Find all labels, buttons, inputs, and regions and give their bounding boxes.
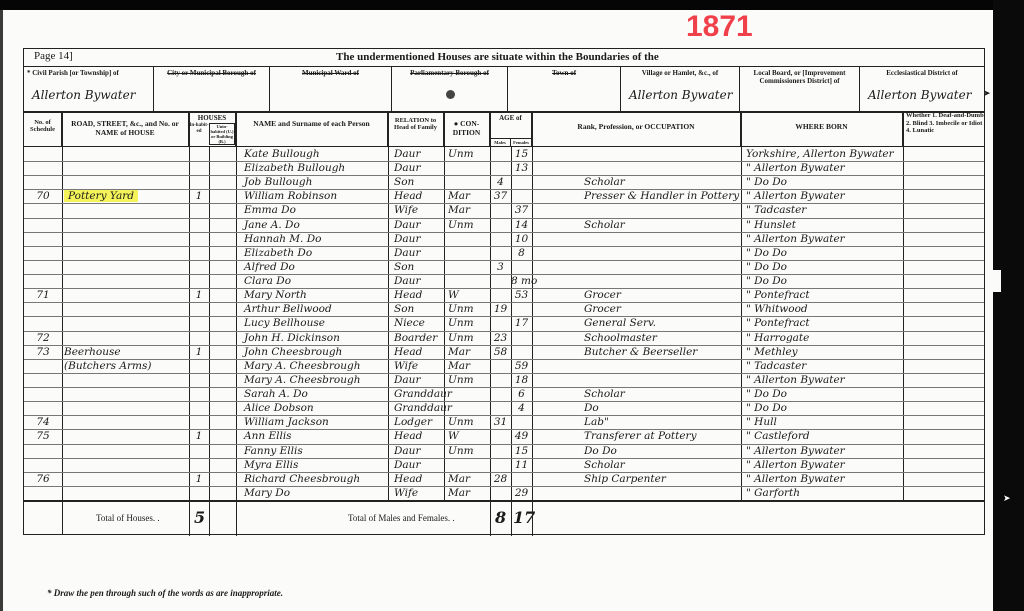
schedule-cell: 73: [24, 345, 62, 359]
census-form: Page 14] The undermentioned Houses are s…: [23, 48, 985, 535]
census-rows: Kate Bullough Daur Unm 15 Yorkshire, All…: [24, 147, 984, 500]
male-age-cell: [490, 288, 511, 302]
inhabited-cell: [189, 486, 209, 500]
col-header-uninhabited: Unin-habited (U.) or Building (B.): [209, 123, 235, 145]
civil-parish-value: Allerton Bywater: [32, 88, 135, 102]
condition-cell: Unm: [448, 415, 474, 429]
occupation-cell: Scholar: [584, 387, 625, 401]
male-age-cell: 37: [490, 189, 511, 203]
relation-cell: Lodger: [394, 415, 432, 429]
name-cell: Alice Dobson: [244, 401, 314, 415]
inhabited-cell: [189, 260, 209, 274]
name-cell: Job Bullough: [244, 175, 312, 189]
road-cell: [64, 274, 187, 288]
municipal-ward-cell: Municipal Ward of: [270, 66, 392, 111]
female-age-cell: 14: [511, 218, 532, 232]
where-born-cell: " Pontefract: [746, 288, 810, 302]
occupation-cell: Grocer: [584, 288, 621, 302]
where-born-cell: " Do Do: [746, 387, 787, 401]
road-cell: Pottery Yard: [64, 189, 187, 203]
road-cell: [64, 161, 187, 175]
name-cell: Elizabeth Bullough: [244, 161, 345, 175]
ecclesiastical-district-cell: Ecclesiastical District of Allerton Bywa…: [860, 66, 984, 111]
male-age-cell: [490, 401, 511, 415]
relation-cell: Daur: [394, 246, 420, 260]
male-age-cell: [490, 232, 511, 246]
name-cell: William Robinson: [244, 189, 337, 203]
male-age-cell: 4: [490, 175, 511, 189]
male-age-cell: [490, 161, 511, 175]
where-born-cell: " Allerton Bywater: [746, 458, 845, 472]
male-age-cell: 28: [490, 472, 511, 486]
condition-cell: Mar: [448, 189, 470, 203]
male-age-cell: [490, 387, 511, 401]
table-row: 76 1 Richard Cheesbrough Head Mar 28 Shi…: [24, 472, 984, 486]
inhabited-cell: [189, 359, 209, 373]
where-born-cell: " Harrogate: [746, 331, 809, 345]
inhabited-cell: [189, 218, 209, 232]
occupation-cell: Transferer at Pottery: [584, 429, 697, 443]
highlighted-address: Pottery Yard: [64, 190, 138, 202]
road-cell: (Butchers Arms): [64, 359, 187, 373]
name-cell: Lucy Bellhouse: [244, 316, 325, 330]
inhabited-cell: [189, 203, 209, 217]
female-age-cell: 13: [511, 161, 532, 175]
name-cell: Hannah M. Do: [244, 232, 321, 246]
male-age-cell: [490, 359, 511, 373]
relation-cell: Son: [394, 302, 414, 316]
relation-cell: Daur: [394, 232, 420, 246]
name-cell: Fanny Ellis: [244, 444, 303, 458]
town-cell: Town of: [508, 66, 621, 111]
left-scan-edge: [0, 10, 3, 611]
schedule-cell: [24, 175, 62, 189]
table-row: 73 Beerhouse 1 John Cheesbrough Head Mar…: [24, 345, 984, 359]
schedule-cell: [24, 458, 62, 472]
female-age-cell: 15: [511, 444, 532, 458]
name-cell: Mary Do: [244, 486, 290, 500]
road-cell: [64, 246, 187, 260]
name-cell: John Cheesbrough: [244, 345, 342, 359]
inhabited-cell: 1: [189, 472, 209, 486]
where-born-cell: Yorkshire, Allerton Bywater: [746, 147, 894, 161]
col-header-where-born: WHERE BORN: [741, 111, 903, 146]
female-age-cell: 15: [511, 147, 532, 161]
name-cell: Mary A. Cheesbrough: [244, 359, 360, 373]
where-born-cell: " Allerton Bywater: [746, 472, 845, 486]
col-header-relation: RELATION to Head of Family: [388, 111, 444, 146]
table-row: 72 John H. Dickinson Boarder Unm 23 Scho…: [24, 331, 984, 345]
road-cell: [64, 218, 187, 232]
relation-cell: Son: [394, 260, 414, 274]
year-annotation: 1871: [686, 10, 753, 44]
relation-cell: Head: [394, 345, 422, 359]
name-cell: Elizabeth Do: [244, 246, 312, 260]
where-born-cell: " Castleford: [746, 429, 810, 443]
male-age-cell: 19: [490, 302, 511, 316]
occupation-cell: Scholar: [584, 175, 625, 189]
col-header-houses: HOUSES In-habit-ed Unin-habited (U.) or …: [189, 111, 236, 146]
condition-cell: Mar: [448, 472, 470, 486]
relation-cell: Granddaur: [394, 401, 452, 415]
where-born-cell: " Allerton Bywater: [746, 161, 845, 175]
schedule-cell: [24, 203, 62, 217]
table-row: Lucy Bellhouse Niece Unm 17 General Serv…: [24, 316, 984, 330]
inhabited-cell: [189, 316, 209, 330]
where-born-cell: " Do Do: [746, 246, 787, 260]
schedule-cell: 74: [24, 415, 62, 429]
female-age-cell: [511, 302, 532, 316]
where-born-cell: " Do Do: [746, 175, 787, 189]
relation-cell: Boarder: [394, 331, 437, 345]
road-cell: [64, 260, 187, 274]
inhabited-cell: [189, 401, 209, 415]
name-cell: Richard Cheesbrough: [244, 472, 360, 486]
relation-cell: Head: [394, 189, 422, 203]
condition-cell: Unm: [448, 218, 474, 232]
col-header-infirmity: Whether 1. Deaf-and-Dumb 2. Blind 3. Imb…: [903, 111, 984, 146]
name-cell: William Jackson: [244, 415, 329, 429]
female-age-cell: 8: [511, 246, 532, 260]
municipal-borough-cell: City or Municipal Borough of: [154, 66, 270, 111]
where-born-cell: " Do Do: [746, 401, 787, 415]
road-cell: [64, 373, 187, 387]
schedule-cell: [24, 260, 62, 274]
inhabited-cell: 1: [189, 189, 209, 203]
name-cell: Ann Ellis: [244, 429, 292, 443]
road-cell: [64, 203, 187, 217]
local-board-cell: Local Board, or [Improvement Commissione…: [740, 66, 860, 111]
total-males-value: 8: [495, 508, 506, 527]
table-row: (Butchers Arms) Mary A. Cheesbrough Wife…: [24, 359, 984, 373]
where-born-cell: " Do Do: [746, 260, 787, 274]
road-cell: [64, 387, 187, 401]
schedule-cell: [24, 161, 62, 175]
condition-cell: Unm: [448, 444, 474, 458]
occupation-cell: Presser & Handler in Pottery: [584, 189, 739, 203]
relation-cell: Head: [394, 472, 422, 486]
schedule-cell: [24, 246, 62, 260]
condition-cell: Mar: [448, 359, 470, 373]
table-row: 74 William Jackson Lodger Unm 31 Lab" " …: [24, 415, 984, 429]
table-row: Elizabeth Bullough Daur 13 " Allerton By…: [24, 161, 984, 175]
total-persons-label: Total of Males and Females. .: [348, 513, 455, 523]
female-age-cell: 37: [511, 203, 532, 217]
col-header-road: ROAD, STREET, &c., and No. or NAME of HO…: [62, 111, 189, 146]
female-age-cell: 29: [511, 486, 532, 500]
continuation-arrow-icon: ➤: [983, 88, 991, 99]
condition-cell: W: [448, 288, 459, 302]
road-cell: [64, 288, 187, 302]
name-cell: John H. Dickinson: [244, 331, 340, 345]
relation-cell: Daur: [394, 218, 420, 232]
col-header-females: Females: [511, 139, 531, 146]
schedule-cell: [24, 302, 62, 316]
relation-cell: Son: [394, 175, 414, 189]
inhabited-cell: [189, 415, 209, 429]
table-row: 71 1 Mary North Head W 53 Grocer " Ponte…: [24, 288, 984, 302]
name-cell: Myra Ellis: [244, 458, 298, 472]
where-born-cell: " Pontefract: [746, 316, 810, 330]
inhabited-cell: [189, 458, 209, 472]
occupation-cell: Do Do: [584, 444, 617, 458]
continuation-arrow-icon: ➤: [1003, 493, 1011, 504]
male-age-cell: [490, 486, 511, 500]
where-born-cell: " Do Do: [746, 274, 787, 288]
female-age-cell: 10: [511, 232, 532, 246]
reference-mark-icon: [446, 90, 455, 99]
schedule-cell: [24, 387, 62, 401]
totals-row: Total of Houses. . 5 Total of Males and …: [24, 500, 984, 536]
condition-cell: Unm: [448, 373, 474, 387]
table-row: Hannah M. Do Daur 10 " Allerton Bywater: [24, 232, 984, 246]
name-cell: Kate Bullough: [244, 147, 320, 161]
total-houses-label: Total of Houses. .: [96, 513, 160, 523]
where-born-cell: " Allerton Bywater: [746, 444, 845, 458]
road-cell: [64, 147, 187, 161]
female-age-cell: 11: [511, 458, 532, 472]
female-age-cell: 53: [511, 288, 532, 302]
schedule-cell: 72: [24, 331, 62, 345]
where-born-cell: " Hull: [746, 415, 777, 429]
name-cell: Clara Do: [244, 274, 291, 288]
male-age-cell: 3: [490, 260, 511, 274]
right-scan-border: [993, 0, 1024, 611]
female-age-cell: [511, 472, 532, 486]
table-row: Fanny Ellis Daur Unm 15 Do Do " Allerton…: [24, 444, 984, 458]
relation-cell: Head: [394, 429, 422, 443]
inhabited-cell: 1: [189, 345, 209, 359]
female-age-cell: 59: [511, 359, 532, 373]
female-age-cell: 4: [511, 401, 532, 415]
where-born-cell: " Methley: [746, 345, 798, 359]
road-cell: [64, 444, 187, 458]
table-row: Emma Do Wife Mar 37 " Tadcaster: [24, 203, 984, 217]
where-born-cell: " Tadcaster: [746, 203, 806, 217]
ecclesiastical-district-value: Allerton Bywater: [868, 88, 971, 102]
male-age-cell: [490, 458, 511, 472]
table-row: Sarah A. Do Granddaur 6 Scholar " Do Do: [24, 387, 984, 401]
male-age-cell: [490, 246, 511, 260]
where-born-cell: " Hunslet: [746, 218, 796, 232]
total-houses-value: 5: [194, 508, 205, 527]
road-cell: [64, 401, 187, 415]
table-row: Arthur Bellwood Son Unm 19 Grocer " Whit…: [24, 302, 984, 316]
occupation-cell: Grocer: [584, 302, 621, 316]
col-header-inhabited: In-habit-ed: [189, 123, 209, 145]
relation-cell: Granddaur: [394, 387, 452, 401]
occupation-cell: Lab": [584, 415, 609, 429]
schedule-cell: [24, 401, 62, 415]
table-row: Mary A. Cheesbrough Daur Unm 18 " Allert…: [24, 373, 984, 387]
table-row: Alice Dobson Granddaur 4 Do " Do Do: [24, 401, 984, 415]
male-age-cell: [490, 218, 511, 232]
condition-cell: Mar: [448, 203, 470, 217]
col-header-schedule: No. of Schedule: [24, 111, 62, 146]
road-cell: [64, 429, 187, 443]
schedule-cell: [24, 316, 62, 330]
male-age-cell: [490, 429, 511, 443]
where-born-cell: " Allerton Bywater: [746, 373, 845, 387]
occupation-cell: Butcher & Beerseller: [584, 345, 697, 359]
inhabited-cell: [189, 331, 209, 345]
inhabited-cell: [189, 274, 209, 288]
occupation-cell: Schoolmaster: [584, 331, 657, 345]
road-cell: [64, 316, 187, 330]
condition-cell: Mar: [448, 486, 470, 500]
relation-cell: Daur: [394, 458, 420, 472]
col-header-name: NAME and Surname of each Person: [236, 111, 388, 146]
table-row: Mary Do Wife Mar 29 " Garforth: [24, 486, 984, 500]
road-cell: [64, 472, 187, 486]
relation-cell: Daur: [394, 161, 420, 175]
road-cell: [64, 415, 187, 429]
where-born-cell: " Tadcaster: [746, 359, 806, 373]
inhabited-cell: [189, 302, 209, 316]
schedule-cell: [24, 486, 62, 500]
occupation-cell: Do: [584, 401, 599, 415]
village-value: Allerton Bywater: [629, 88, 732, 102]
road-cell: [64, 232, 187, 246]
condition-cell: Unm: [448, 316, 474, 330]
road-cell: [64, 331, 187, 345]
schedule-cell: 76: [24, 472, 62, 486]
inhabited-cell: [189, 147, 209, 161]
road-cell: [64, 175, 187, 189]
table-row: Jane A. Do Daur Unm 14 Scholar " Hunslet: [24, 218, 984, 232]
relation-cell: Daur: [394, 373, 420, 387]
road-cell: Beerhouse: [64, 345, 187, 359]
where-born-cell: " Allerton Bywater: [746, 232, 845, 246]
inhabited-cell: [189, 232, 209, 246]
table-row: Job Bullough Son 4 Scholar " Do Do: [24, 175, 984, 189]
civil-parish-cell: * Civil Parish [or Township] of Allerton…: [24, 66, 154, 111]
table-row: Clara Do Daur 8 mo " Do Do: [24, 274, 984, 288]
road-cell: [64, 486, 187, 500]
schedule-cell: [24, 147, 62, 161]
inhabited-cell: [189, 387, 209, 401]
condition-cell: Unm: [448, 331, 474, 345]
schedule-cell: 71: [24, 288, 62, 302]
relation-cell: Head: [394, 288, 422, 302]
female-age-cell: [511, 331, 532, 345]
where-born-cell: " Allerton Bywater: [746, 189, 845, 203]
road-cell: [64, 302, 187, 316]
table-row: Myra Ellis Daur 11 Scholar " Allerton By…: [24, 458, 984, 472]
road-cell: [64, 458, 187, 472]
male-age-cell: [490, 444, 511, 458]
condition-cell: W: [448, 429, 459, 443]
female-age-cell: [511, 345, 532, 359]
relation-cell: Daur: [394, 274, 420, 288]
inhabited-cell: 1: [189, 429, 209, 443]
schedule-cell: [24, 274, 62, 288]
occupation-cell: Scholar: [584, 218, 625, 232]
female-age-cell: 6: [511, 387, 532, 401]
schedule-cell: [24, 373, 62, 387]
female-age-cell: 18: [511, 373, 532, 387]
female-age-cell: [511, 260, 532, 274]
female-age-cell: 49: [511, 429, 532, 443]
female-age-cell: [511, 189, 532, 203]
col-header-condition: ● CON-DITION: [444, 111, 490, 146]
table-row: 70 Pottery Yard 1 William Robinson Head …: [24, 189, 984, 203]
where-born-cell: " Whitwood: [746, 302, 808, 316]
footnote: * Draw the pen through such of the words…: [47, 588, 283, 598]
condition-cell: Mar: [448, 345, 470, 359]
parliamentary-borough-cell: Parliamentary Borough of: [392, 66, 508, 111]
condition-cell: Unm: [448, 302, 474, 316]
relation-cell: Wife: [394, 359, 418, 373]
schedule-cell: [24, 359, 62, 373]
male-age-cell: 58: [490, 345, 511, 359]
name-cell: Mary North: [244, 288, 307, 302]
top-scan-border: [0, 0, 1024, 10]
male-age-cell: 23: [490, 331, 511, 345]
where-born-cell: " Garforth: [746, 486, 800, 500]
inhabited-cell: [189, 161, 209, 175]
relation-cell: Niece: [394, 316, 425, 330]
female-age-cell: [511, 415, 532, 429]
male-age-cell: [490, 147, 511, 161]
schedule-cell: 70: [24, 189, 62, 203]
occupation-cell: General Serv.: [584, 316, 656, 330]
inhabited-cell: 1: [189, 288, 209, 302]
female-age-cell: [511, 175, 532, 189]
village-cell: Village or Hamlet, &c., of Allerton Bywa…: [621, 66, 740, 111]
schedule-cell: [24, 218, 62, 232]
male-age-cell: [490, 316, 511, 330]
male-age-cell: 31: [490, 415, 511, 429]
occupation-cell: Scholar: [584, 458, 625, 472]
name-cell: Jane A. Do: [244, 218, 300, 232]
table-row: Alfred Do Son 3 " Do Do: [24, 260, 984, 274]
schedule-cell: [24, 444, 62, 458]
col-header-males: Males: [490, 139, 511, 146]
name-cell: Sarah A. Do: [244, 387, 308, 401]
male-age-cell: [490, 203, 511, 217]
name-cell: Emma Do: [244, 203, 296, 217]
relation-cell: Daur: [394, 147, 420, 161]
relation-cell: Daur: [394, 444, 420, 458]
table-row: Kate Bullough Daur Unm 15 Yorkshire, All…: [24, 147, 984, 161]
female-age-cell: 8 mo: [511, 274, 532, 288]
table-row: Elizabeth Do Daur 8 " Do Do: [24, 246, 984, 260]
inhabited-cell: [189, 246, 209, 260]
male-age-cell: [490, 373, 511, 387]
col-header-occupation: Rank, Profession, or OCCUPATION: [532, 111, 741, 146]
name-cell: Arthur Bellwood: [244, 302, 332, 316]
name-cell: Mary A. Cheesbrough: [244, 373, 360, 387]
table-row: 75 1 Ann Ellis Head W 49 Transferer at P…: [24, 429, 984, 443]
inhabited-cell: [189, 373, 209, 387]
form-title-row: Page 14] The undermentioned Houses are s…: [24, 49, 984, 67]
condition-cell: Unm: [448, 147, 474, 161]
occupation-cell: Ship Carpenter: [584, 472, 666, 486]
area-header-row: * Civil Parish [or Township] of Allerton…: [24, 66, 984, 113]
schedule-cell: 75: [24, 429, 62, 443]
schedule-cell: [24, 232, 62, 246]
page-number: Page 14]: [34, 50, 73, 62]
inhabited-cell: [189, 175, 209, 189]
col-header-age: AGE of Males Females: [490, 111, 532, 146]
form-title: The undermentioned Houses are situate wi…: [336, 51, 659, 63]
inhabited-cell: [189, 444, 209, 458]
relation-cell: Wife: [394, 203, 418, 217]
name-cell: Alfred Do: [244, 260, 295, 274]
male-age-cell: [490, 274, 511, 288]
relation-cell: Wife: [394, 486, 418, 500]
